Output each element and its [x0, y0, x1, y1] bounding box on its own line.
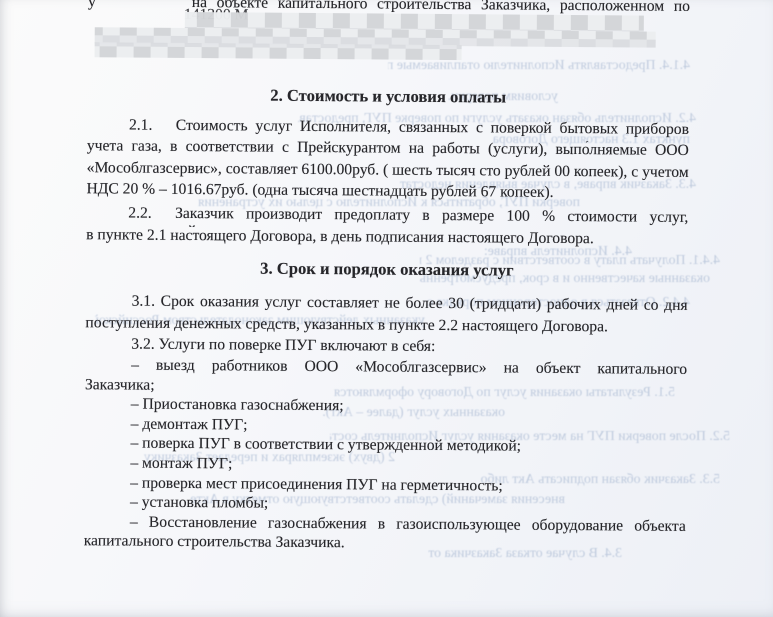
service-item-continuation: капитального строительства Заказчика. [84, 533, 686, 557]
clause-2-1: 2.1. Стоимость услуг Исполнителя, связан… [86, 116, 689, 206]
contract-text-layer: у на объекте капитального строительства … [0, 0, 773, 617]
scanned-contract-page: 4.1.4. Предоставлять Исполнителю отаплив… [0, 0, 773, 617]
section-3-heading: 3. Срок и порядок оказания услуг [86, 257, 688, 282]
clause-2-2-line: в пункте 2.1 настоящего Договора, в день… [86, 226, 688, 252]
section-2-heading: 2. Стоимость и условия оплаты [87, 84, 689, 109]
clause-3-1: 3.1. Срок оказания услуг составляет не б… [85, 292, 687, 340]
redaction-pixelated-block [0, 0, 773, 66]
clause-2-1-line: НДС 20 % – 1016.67руб. (одна тысяча шест… [86, 180, 688, 206]
redaction-row [95, 42, 462, 60]
services-list: – выезд работников ООО «Мособлгазсервис»… [84, 356, 688, 557]
clause-2-2: 2.2. Заказчик производит предоплату в ра… [86, 204, 688, 252]
